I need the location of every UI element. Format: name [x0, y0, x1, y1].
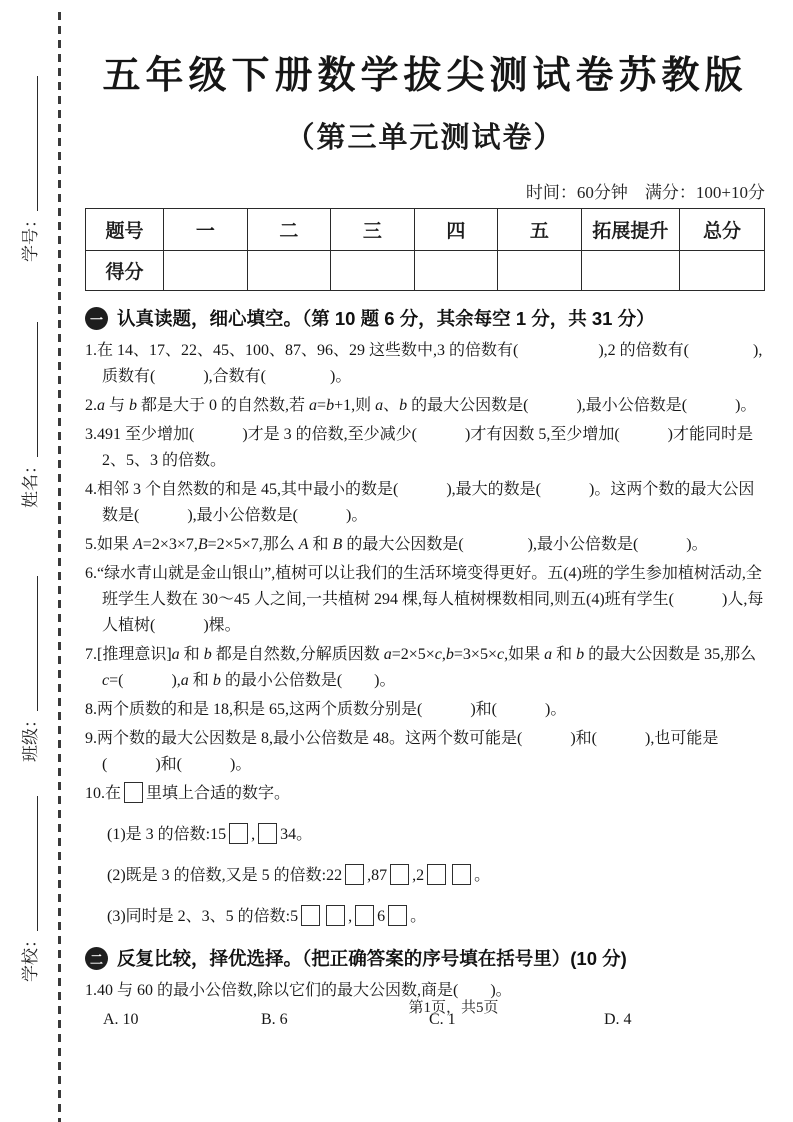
- question: 1.在 14、17、22、45、100、87、96、29 这些数中,3 的倍数有…: [85, 338, 765, 390]
- score-cell-empty: [164, 251, 248, 291]
- test-paper-page: 学号：姓名：班级：学校： 五年级下册数学拔尖测试卷苏教版 （第三单元测试卷） 时…: [0, 0, 793, 1122]
- question: 3.491 至少增加( )才是 3 的倍数,至少减少( )才有因数 5,至少增加…: [85, 422, 765, 474]
- section-number-icon: 一: [85, 307, 108, 330]
- answer-box: [452, 864, 471, 885]
- score-cell-empty: [247, 251, 331, 291]
- answer-box: [427, 864, 446, 885]
- score-table: 题号一二三四五拓展提升总分得分: [85, 208, 765, 291]
- score-table-col-3: 二: [247, 209, 331, 251]
- paper-content: 五年级下册数学拔尖测试卷苏教版 （第三单元测试卷） 时间：60分钟 满分：100…: [85, 0, 765, 1033]
- score-table-col-5: 四: [414, 209, 498, 251]
- score-table-col-7: 拓展提升: [581, 209, 679, 251]
- section-1-header: 一认真读题，细心填空。（第 10 题 6 分，其余每空 1 分，共 31 分）: [85, 305, 765, 331]
- question: 4.相邻 3 个自然数的和是 45,其中最小的数是( ),最大的数是( )。这两…: [85, 477, 765, 529]
- question: 6.“绿水青山就是金山银山”,植树可以让我们的生活环境变得更好。五(4)班的学生…: [85, 561, 765, 639]
- question: 10.在里填上合适的数字。: [85, 781, 765, 807]
- score-cell-empty: [680, 251, 765, 291]
- answer-box: [390, 864, 409, 885]
- score-table-header-row: 题号一二三四五拓展提升总分: [86, 209, 765, 251]
- answer-box: [124, 782, 143, 803]
- binding-dashed-line: [58, 12, 61, 1122]
- binding-field-1: 学号：: [16, 76, 41, 262]
- section-title: 反复比较，择优选择。（把正确答案的序号填在括号里）(10 分): [117, 945, 627, 971]
- question-subitem: (2)既是 3 的倍数,又是 5 的倍数:22,87,2。: [107, 863, 765, 889]
- answer-box: [345, 864, 364, 885]
- score-row-label: 得分: [86, 251, 164, 291]
- paper-subtitle: （第三单元测试卷）: [85, 115, 765, 156]
- paper-title: 五年级下册数学拔尖测试卷苏教版: [85, 44, 765, 99]
- question: 5.如果 A=2×3×7,B=2×5×7,那么 A 和 B 的最大公因数是( )…: [85, 532, 765, 558]
- binding-field-2: 姓名：: [16, 322, 41, 508]
- binding-field-label: 班级：: [21, 711, 40, 762]
- score-table-col-6: 五: [498, 209, 582, 251]
- score-cell-empty: [498, 251, 582, 291]
- page-number: 第1页，共5页: [170, 996, 737, 1017]
- answer-box: [388, 905, 407, 926]
- section-2-header: 二反复比较，择优选择。（把正确答案的序号填在括号里）(10 分): [85, 945, 765, 971]
- score-table-col-8: 总分: [680, 209, 765, 251]
- binding-field-4: 学校：: [16, 796, 41, 982]
- answer-box: [355, 905, 374, 926]
- answer-box: [229, 823, 248, 844]
- question: 2.a 与 b 都是大于 0 的自然数,若 a=b+1,则 a、b 的最大公因数…: [85, 393, 765, 419]
- score-cell-empty: [414, 251, 498, 291]
- binding-field-blank: [21, 76, 38, 211]
- section-number-icon: 二: [85, 947, 108, 970]
- score-table-col-2: 一: [164, 209, 248, 251]
- section-title: 认真读题，细心填空。（第 10 题 6 分，其余每空 1 分，共 31 分）: [117, 305, 655, 331]
- question-subitem: (1)是 3 的倍数:15,34。: [107, 822, 765, 848]
- question: 7.[推理意识]a 和 b 都是自然数,分解质因数 a=2×5×c,b=3×5×…: [85, 642, 765, 694]
- answer-box: [326, 905, 345, 926]
- question-sections: 一认真读题，细心填空。（第 10 题 6 分，其余每空 1 分，共 31 分）1…: [85, 305, 765, 1033]
- binding-field-blank: [21, 322, 38, 457]
- answer-box: [301, 905, 320, 926]
- score-cell-empty: [581, 251, 679, 291]
- binding-field-3: 班级：: [16, 576, 41, 762]
- binding-field-label: 姓名：: [21, 457, 40, 508]
- binding-field-blank: [21, 576, 38, 711]
- answer-box: [258, 823, 277, 844]
- question: 9.两个数的最大公因数是 8,最小公倍数是 48。这两个数可能是( )和( ),…: [85, 726, 765, 778]
- binding-field-label: 学校：: [21, 931, 40, 982]
- time-score-info: 时间：60分钟 满分：100+10分: [85, 178, 765, 203]
- question-subitem: (3)同时是 2、3、5 的倍数:5,6。: [107, 904, 765, 930]
- score-cell-empty: [331, 251, 415, 291]
- score-table-score-row: 得分: [86, 251, 765, 291]
- question: 8.两个质数的和是 18,积是 65,这两个质数分别是( )和( )。: [85, 697, 765, 723]
- binding-field-label: 学号：: [21, 211, 40, 262]
- score-table-col-4: 三: [331, 209, 415, 251]
- binding-field-blank: [21, 796, 38, 931]
- score-table-col-1: 题号: [86, 209, 164, 251]
